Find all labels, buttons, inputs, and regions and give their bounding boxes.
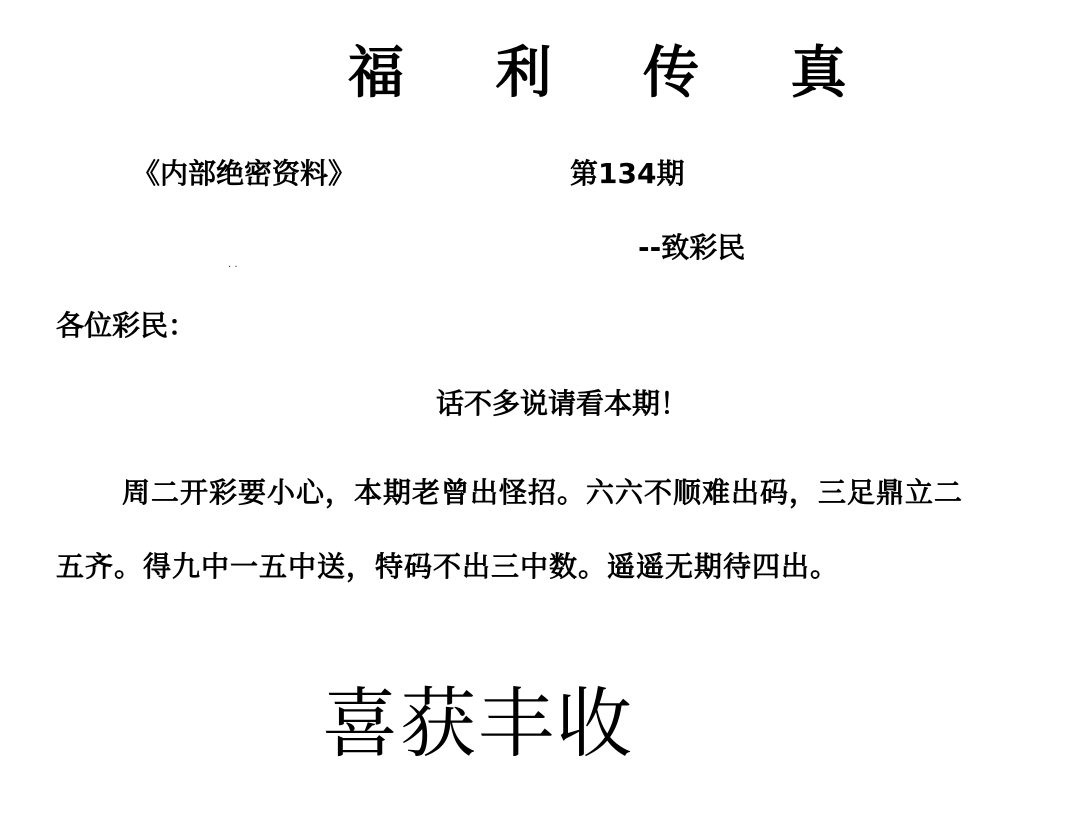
issue-number: 第134期 — [570, 154, 684, 194]
body-paragraph: 周二开彩要小心，本期老曾出怪招。六六不顺难出码，三足鼎立二五齐。得九中一五中送，… — [56, 456, 986, 604]
slogan: 喜获丰收 — [322, 676, 634, 772]
intro-line: 话不多说请看本期！ — [436, 384, 688, 424]
greeting: 各位彩民： — [56, 306, 196, 346]
document-title: 福 利 传 真 — [348, 38, 883, 110]
addressee-line: --致彩民 — [638, 228, 745, 268]
document-subtitle: 《内部绝密资料》 — [132, 154, 356, 194]
stray-marks: · · — [228, 262, 238, 274]
